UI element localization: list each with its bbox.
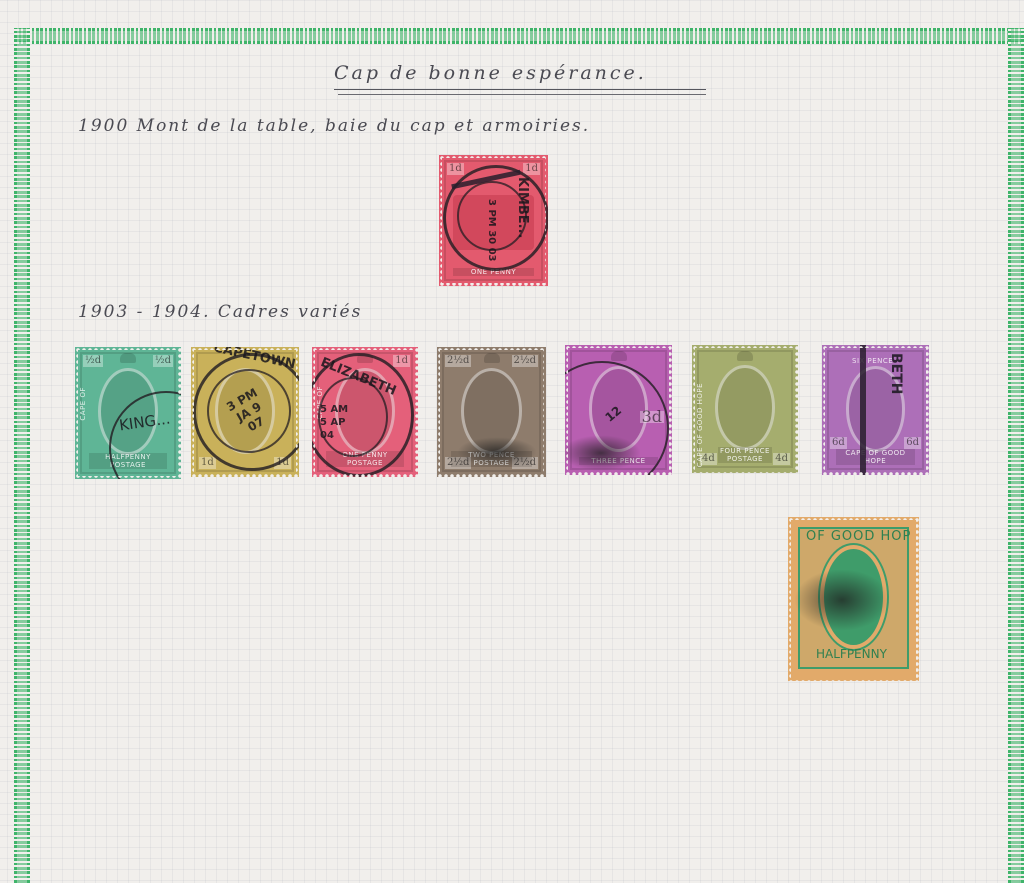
king-portrait-oval [589,366,649,452]
stamp-frame [196,352,294,472]
crown-ornament [484,353,500,363]
postmark-inner-circle [207,369,291,453]
king-portrait-oval [715,365,774,450]
stamp-legend: ONE PENNY [453,268,534,276]
stamp-legend: ONE PENNY POSTAGE [326,451,404,467]
postmark-town: KIMBE... [515,177,530,238]
stamp-value: 2½d [512,355,538,367]
king-portrait-oval [98,368,157,455]
postmark-town: KING... [118,410,171,435]
stamp-frame [570,350,667,470]
stamp-value: ½d [83,355,103,367]
greek-key-border-left [14,28,30,883]
postmark-inner-circle [318,377,388,457]
greek-key-border-right [1008,28,1024,883]
stamp-value: 1d [274,457,291,469]
king-portrait-oval [461,368,522,454]
postmark-town: BETH [888,353,904,395]
postmark-bar [451,170,521,189]
stamp-1903-3d: 3d THREE PENCE 12 [565,345,672,475]
queen-portrait-oval [820,545,887,649]
stamp-side-legend: CAPE OF [79,387,87,421]
postmark-date: 12 [602,403,624,424]
stamp-side-legend: SIX PENCE [852,357,893,365]
stamp-1903-1d-red: 1d CAPE OF ONE PENNY POSTAGE ELIZABETH 5… [312,347,418,477]
postmark-inner-circle [457,181,527,251]
stamp-value: 4d [700,453,717,465]
stamp-frame [444,160,543,281]
stamp-1903-1d-yellow: 1d 1d CAPETOWN 3 PM JA 9 07 [191,347,299,477]
stamp-value: 3d [640,411,664,423]
stamp-value: 2½d [512,457,538,469]
stamp-value: 1d [199,457,216,469]
stamp-value: 1d [523,163,540,175]
crown-ornament [611,351,627,361]
stamp-frame [697,350,793,468]
stamp-top-legend: OF GOOD HOP [806,529,911,544]
stamp-side-legend: CAPE OF GOOD HOPE [696,383,704,467]
stamp-legend: CAPE OF GOOD HOPE [836,449,915,465]
stamp-value: 2½d [445,457,471,469]
postmark-town: CAPETOWN [212,347,296,372]
postmark-town: ELIZABETH [318,355,398,399]
king-portrait-oval [215,368,276,454]
greek-key-border-top [14,28,1024,44]
stamp-legend: TWO PENCE POSTAGE [451,451,532,467]
stamp-value: 1d [447,163,464,175]
stamp-legend: FOUR PENCE POSTAGE [718,447,772,463]
stamp-frame [442,352,541,472]
stamp-value: 2½d [445,355,471,367]
postmark-bar [860,345,866,475]
stamp-value: 6d [830,437,847,449]
postmark-circle [565,361,669,475]
stamp-cut-square-halfpenny: OF GOOD HOP HALFPENNY [788,517,919,681]
stamp-value: ½d [153,355,173,367]
postmark-smudge [457,437,537,467]
section-caption-1900: 1900 Mont de la table, baie du cap et ar… [78,116,590,136]
postmark-date: 3 PM JA 9 07 [221,384,277,440]
stamp-value: 6d [904,437,921,449]
album-page: Cap de bonne espérance. 1900 Mont de la … [0,0,1024,883]
postmark-smudge [794,569,890,631]
postmark-circle [443,165,548,271]
stamp-1903-halfpenny: ½d ½d CAPE OF HALFPENNY POSTAGE KING... [75,347,181,479]
stamp-frame [827,350,924,470]
stamp-1903-4d: 4d 4d CAPE OF GOOD HOPE FOUR PENCE POSTA… [692,345,798,473]
crown-ornament [357,353,373,363]
stamp-legend: THREE PENCE [579,457,658,465]
postmark-smudge [565,435,641,471]
postmark-date: 3 PM 30 03 [486,199,497,262]
king-portrait-oval [846,366,906,452]
stamp-1903-6d: 6d 6d SIX PENCE CAPE OF GOOD HOPE BETH [822,345,929,475]
stamp-value: 4d [773,453,790,465]
postmark-circle [312,353,414,477]
stamp-frame [798,527,909,669]
stamp-frame [80,352,176,474]
postmark-circle [193,353,299,471]
title-underline [334,89,706,90]
stamp-side-legend: CAPE OF [316,386,324,420]
stamp-1900-1d: 1d 1d ONE PENNY KIMBE... 3 PM 30 03 [439,155,548,286]
stamp-legend: HALFPENNY POSTAGE [89,453,167,469]
crown-ornament [737,351,753,361]
king-portrait-oval [335,368,394,454]
stamp-frame [317,352,413,472]
stamp-value: 1d [393,355,410,367]
section-caption-1903-1904: 1903 - 1904. Cadres variés [78,302,362,322]
stamp-1903-2-half-d: 2½d 2½d 2½d 2½d TWO PENCE POSTAGE [437,347,546,477]
postmark-date: 5 AM 5 AP 04 [320,403,354,442]
postmark-circle [109,391,181,479]
crown-ornament [120,353,136,363]
title-underline-second [338,94,706,95]
table-mountain-vignette [453,195,534,250]
page-title: Cap de bonne espérance. [334,62,647,84]
stamp-legend: HALFPENNY [816,647,887,661]
